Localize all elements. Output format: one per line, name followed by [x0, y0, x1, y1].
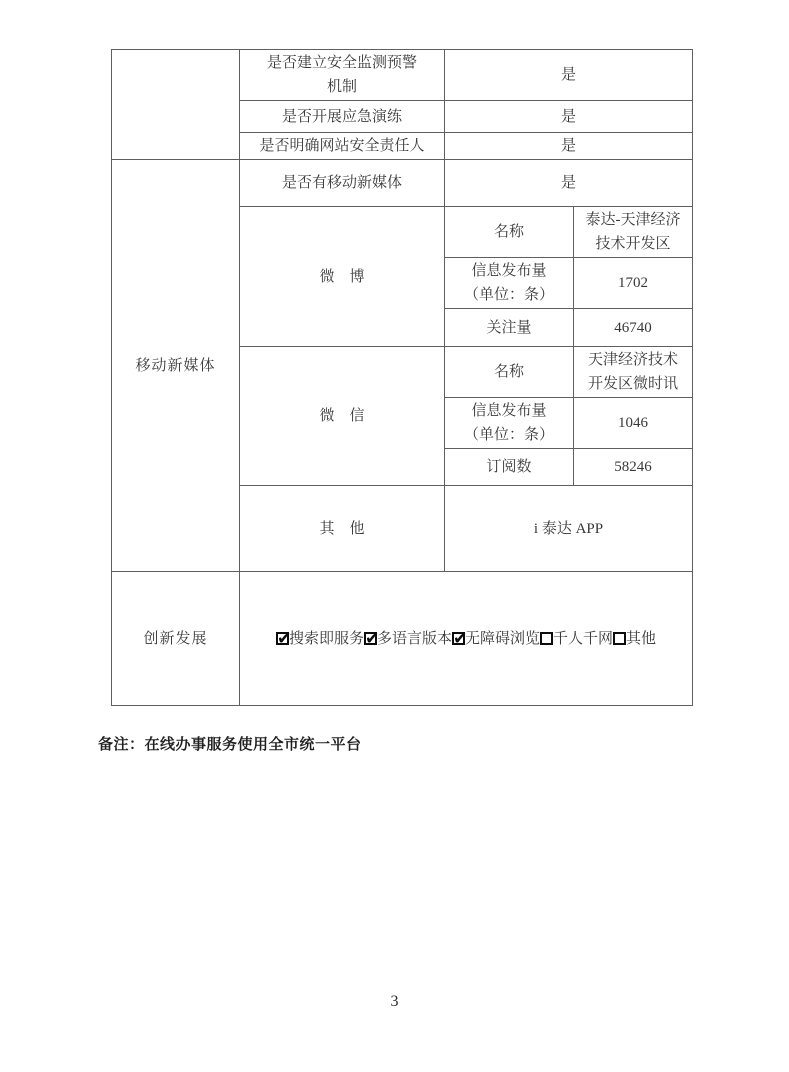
weibo-name-value: 泰达-天津经济 技术开发区 — [574, 207, 693, 258]
security-question-value: 是 — [445, 133, 693, 160]
innovation-options-cell: 搜索即服务多语言版本无障碍浏览千人千网其他 — [240, 572, 693, 706]
weibo-followers-label: 关注量 — [445, 309, 574, 347]
weibo-posts-value: 1702 — [574, 258, 693, 309]
wechat-label: 微 信 — [240, 347, 445, 486]
wechat-name-value: 天津经济技术 开发区微时讯 — [574, 347, 693, 398]
document-page: 是否建立安全监测预警 机制 是 是否开展应急演练 是 是否明确网站安全责任人 是… — [0, 0, 789, 1072]
wechat-subscribers-value: 58246 — [574, 449, 693, 486]
innovation-option-label: 搜索即服务 — [289, 631, 364, 647]
weibo-followers-value: 46740 — [574, 309, 693, 347]
innovation-option-label: 千人千网 — [553, 631, 613, 647]
category-cell-continuation — [112, 50, 240, 160]
weibo-label: 微 博 — [240, 207, 445, 347]
wechat-subscribers-label: 订阅数 — [445, 449, 574, 486]
has-mobile-media-value: 是 — [445, 160, 693, 207]
note: 备注：在线办事服务使用全市统一平台 — [98, 733, 362, 754]
report-table: 是否建立安全监测预警 机制 是 是否开展应急演练 是 是否明确网站安全责任人 是… — [111, 49, 693, 706]
wechat-posts-label: 信息发布量 （单位：条） — [445, 398, 574, 449]
innovation-options: 搜索即服务多语言版本无障碍浏览千人千网其他 — [276, 631, 656, 647]
checkbox-icon — [452, 632, 465, 645]
innovation-option-label: 其他 — [626, 631, 656, 647]
has-mobile-media-label: 是否有移动新媒体 — [240, 160, 445, 207]
checkbox-icon — [364, 632, 377, 645]
other-media-label: 其 他 — [240, 486, 445, 572]
weibo-name-label: 名称 — [445, 207, 574, 258]
page-number: 3 — [0, 993, 789, 1011]
security-question-label: 是否开展应急演练 — [240, 101, 445, 133]
security-question-label: 是否明确网站安全责任人 — [240, 133, 445, 160]
security-question-value: 是 — [445, 50, 693, 101]
checkbox-icon — [540, 632, 553, 645]
checkbox-icon — [276, 632, 289, 645]
wechat-name-label: 名称 — [445, 347, 574, 398]
innovation-option-label: 无障碍浏览 — [465, 631, 540, 647]
innovation-option-label: 多语言版本 — [377, 631, 452, 647]
category-mobile-media: 移动新媒体 — [112, 160, 240, 572]
weibo-posts-label: 信息发布量 （单位：条） — [445, 258, 574, 309]
checkbox-icon — [613, 632, 626, 645]
security-question-label: 是否建立安全监测预警 机制 — [240, 50, 445, 101]
other-media-value: i 泰达 APP — [445, 486, 693, 572]
category-innovation: 创新发展 — [112, 572, 240, 706]
wechat-posts-value: 1046 — [574, 398, 693, 449]
security-question-value: 是 — [445, 101, 693, 133]
